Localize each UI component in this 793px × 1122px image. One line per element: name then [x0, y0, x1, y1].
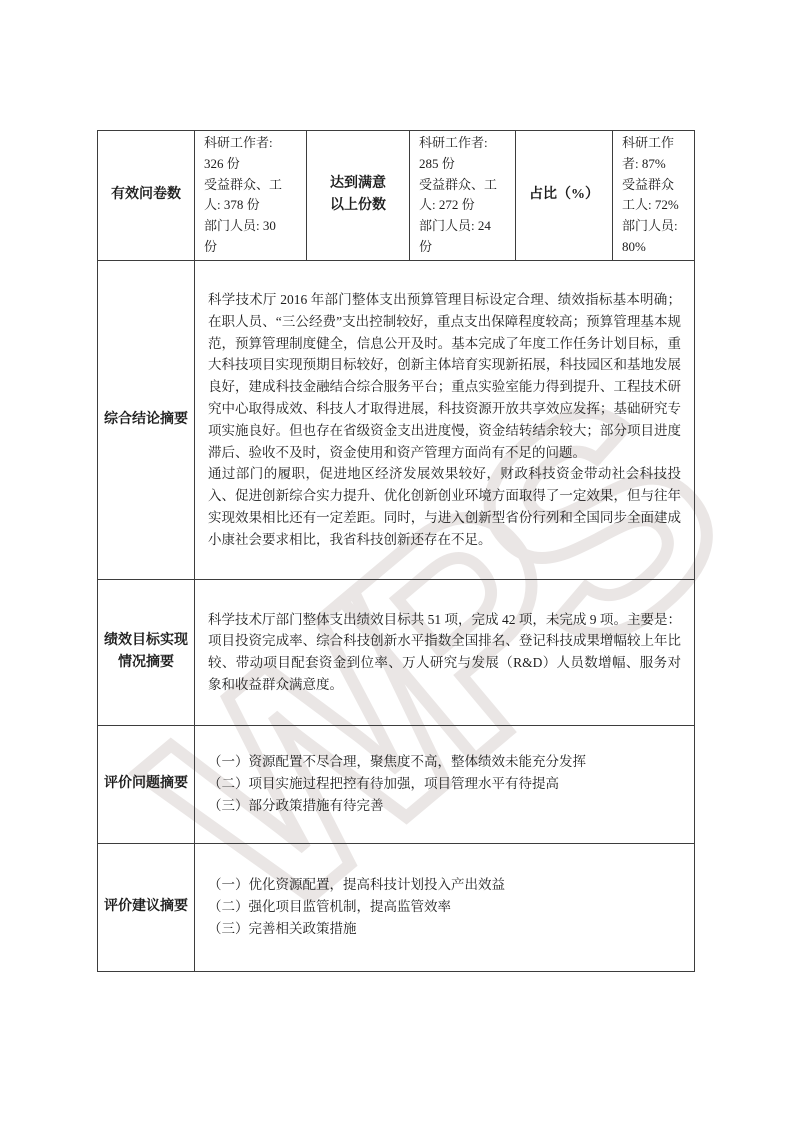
satisfied-counts: 科研工作者: 285 份 受益群众、工 人: 272 份 部门人员: 24 份 — [410, 131, 516, 261]
overall-conclusion-paragraph-2: 通过部门的履职，促进地区经济发展效果较好，财政科技资金带动社会科技投入、促进创新… — [208, 463, 681, 550]
evaluation-problem-item: （一）资源配置不尽合理，聚焦度不高，整体绩效未能充分发挥 — [208, 751, 681, 773]
overall-conclusion-content: 科学技术厅 2016 年部门整体支出预算管理目标设定合理、绩效指标基本明确；在职… — [195, 260, 695, 579]
evaluation-problem-item: （三）部分政策措施有待完善 — [208, 795, 681, 817]
evaluation-suggestions-content: （一）优化资源配置，提高科技计划投入产出效益 （二）强化项目监管机制，提高监管效… — [195, 843, 695, 971]
overall-conclusion-row: 综合结论摘要 科学技术厅 2016 年部门整体支出预算管理目标设定合理、绩效指标… — [98, 260, 695, 579]
evaluation-suggestion-item: （一）优化资源配置，提高科技计划投入产出效益 — [208, 874, 681, 896]
evaluation-suggestion-item: （二）强化项目监管机制，提高监管效率 — [208, 896, 681, 918]
evaluation-problem-item: （二）项目实施过程把控有待加强，项目管理水平有待提高 — [208, 773, 681, 795]
ratio-label: 占比（%） — [516, 131, 613, 261]
satisfied-count-label: 达到满意 以上份数 — [307, 131, 410, 261]
evaluation-problems-row: 评价问题摘要 （一）资源配置不尽合理，聚焦度不高，整体绩效未能充分发挥 （二）项… — [98, 725, 695, 843]
document-page: WPS 有效问卷数 科研工作者: 326 份 受益群众、工 人: 378 份 部… — [0, 0, 793, 1122]
valid-questionnaires-row: 有效问卷数 科研工作者: 326 份 受益群众、工 人: 378 份 部门人员:… — [98, 131, 695, 261]
evaluation-suggestion-item: （三）完善相关政策措施 — [208, 918, 681, 940]
evaluation-problems-content: （一）资源配置不尽合理，聚焦度不高，整体绩效未能充分发挥 （二）项目实施过程把控… — [195, 725, 695, 843]
evaluation-suggestions-label: 评价建议摘要 — [98, 843, 195, 971]
evaluation-summary-table: 有效问卷数 科研工作者: 326 份 受益群众、工 人: 378 份 部门人员:… — [97, 130, 695, 972]
valid-questionnaires-label: 有效问卷数 — [98, 131, 195, 261]
performance-targets-content: 科学技术厅部门整体支出绩效目标共 51 项，完成 42 项，未完成 9 项。主要… — [195, 579, 695, 725]
performance-targets-paragraph: 科学技术厅部门整体支出绩效目标共 51 项，完成 42 项，未完成 9 项。主要… — [208, 609, 681, 696]
performance-targets-row: 绩效目标实现 情况摘要 科学技术厅部门整体支出绩效目标共 51 项，完成 42 … — [98, 579, 695, 725]
ratio-values: 科研工作 者: 87% 受益群众 工人: 72% 部门人员: 80% — [613, 131, 695, 261]
performance-targets-label: 绩效目标实现 情况摘要 — [98, 579, 195, 725]
evaluation-suggestions-row: 评价建议摘要 （一）优化资源配置，提高科技计划投入产出效益 （二）强化项目监管机… — [98, 843, 695, 971]
valid-questionnaires-counts: 科研工作者: 326 份 受益群众、工 人: 378 份 部门人员: 30 份 — [195, 131, 307, 261]
evaluation-problems-label: 评价问题摘要 — [98, 725, 195, 843]
overall-conclusion-label: 综合结论摘要 — [98, 260, 195, 579]
overall-conclusion-paragraph-1: 科学技术厅 2016 年部门整体支出预算管理目标设定合理、绩效指标基本明确；在职… — [208, 289, 681, 463]
